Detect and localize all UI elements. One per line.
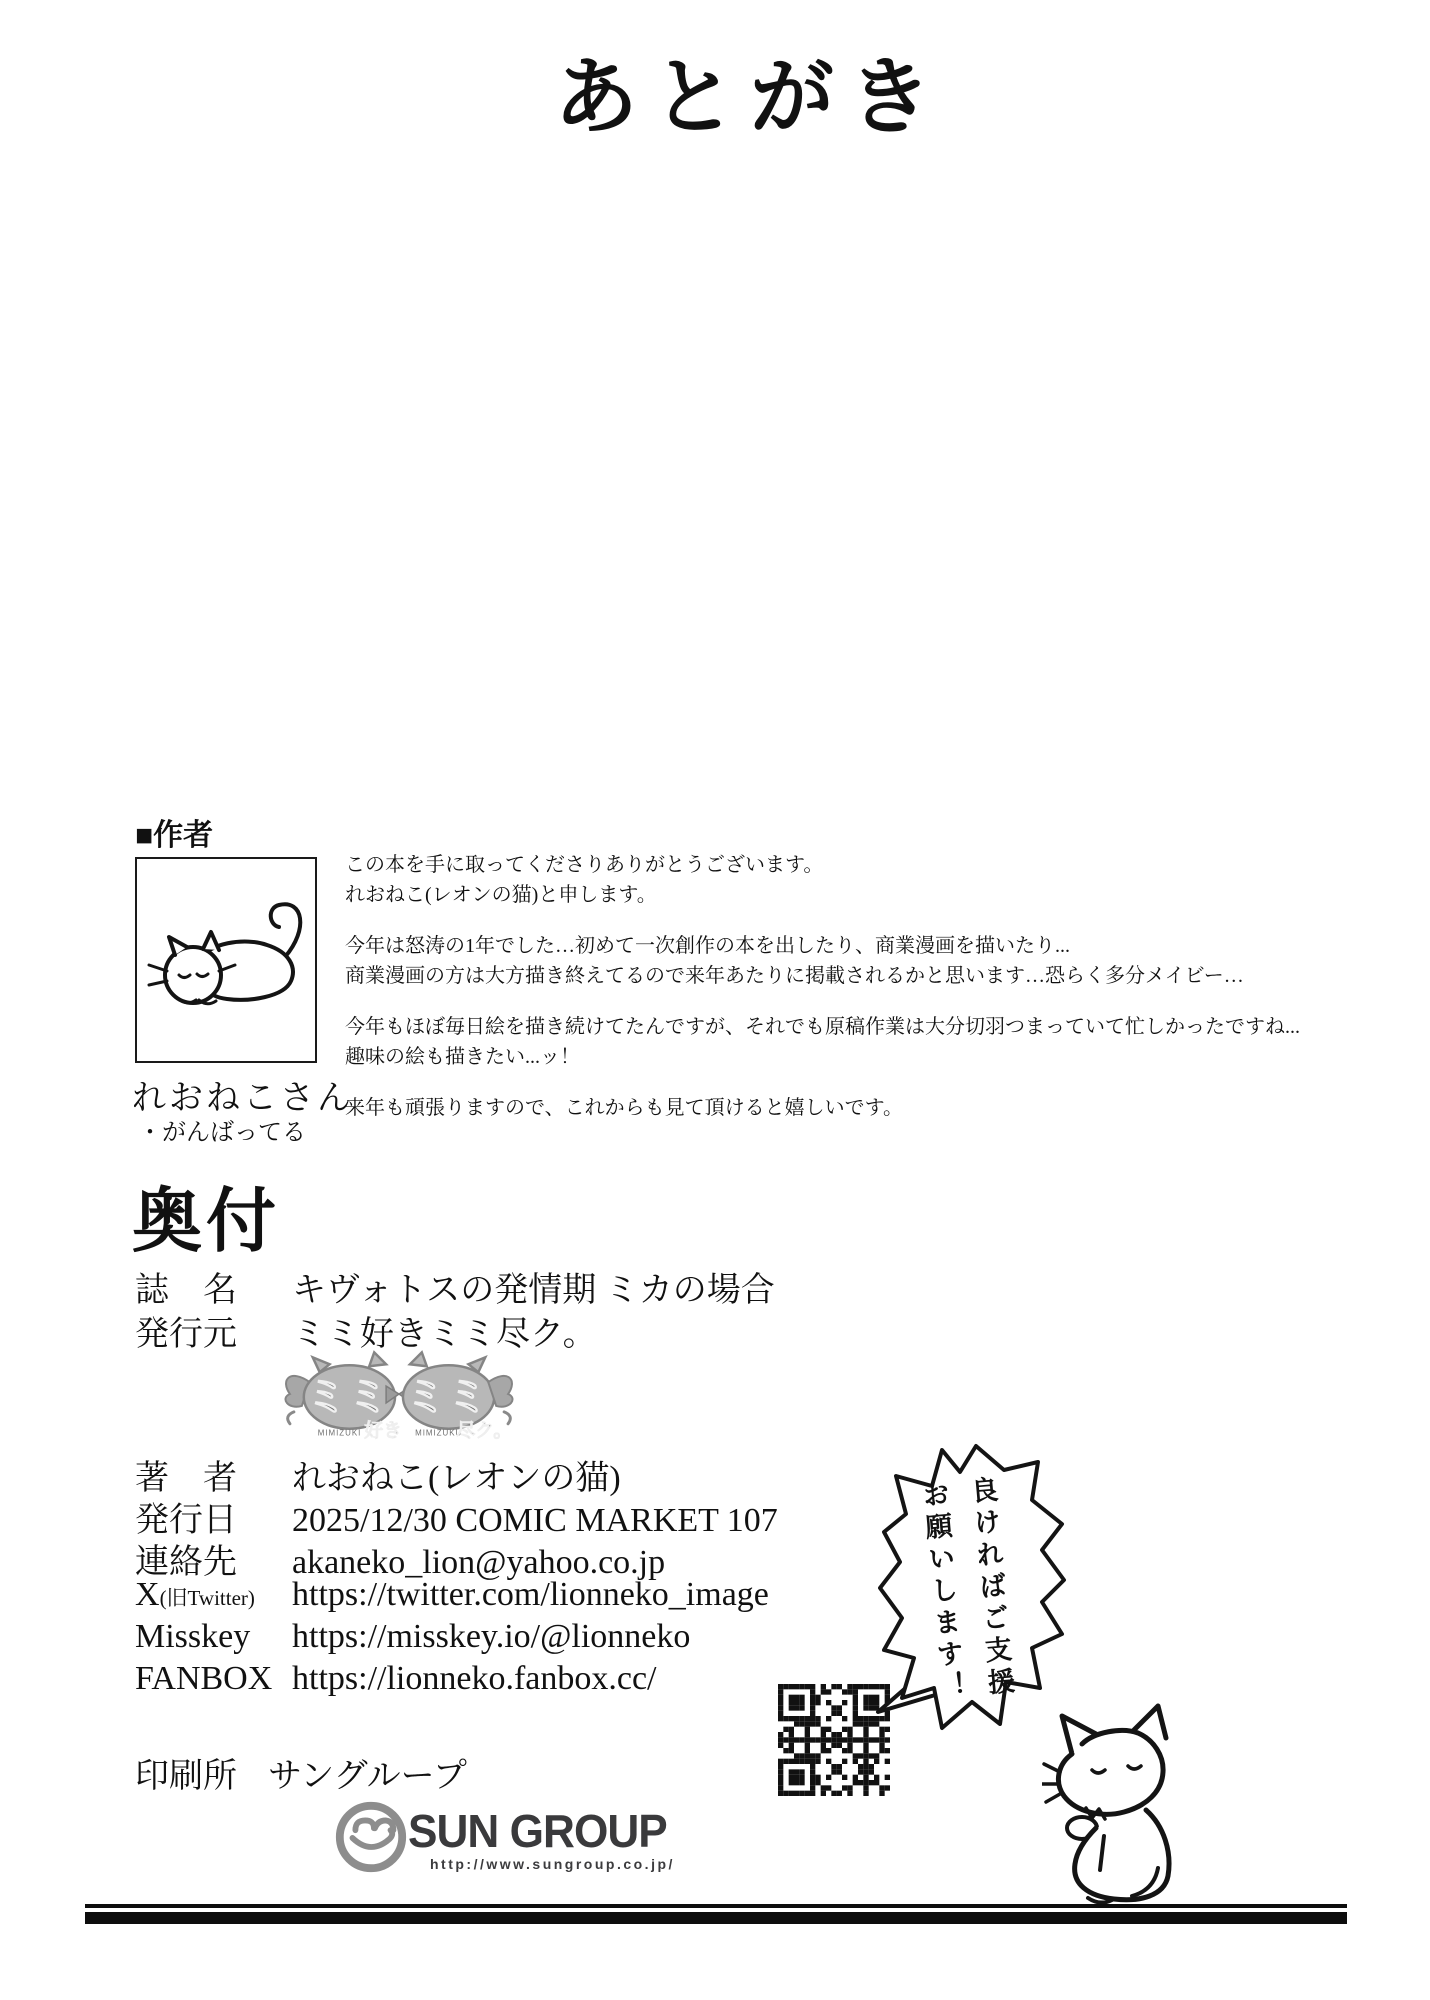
row-label: 印刷所: [135, 1748, 268, 1797]
colophon-row-fanbox: FANBOXhttps://lionneko.fanbox.cc/: [135, 1660, 657, 1698]
circle-logo-left-roman: MIMIZUKI: [318, 1429, 362, 1438]
comment-paragraph: 来年も頑張りますので、これからも見て頂けると嬉しいです。: [345, 1093, 1355, 1123]
comment-paragraph: 今年は怒涛の1年でした…初めて一次創作の本を出したり、商業漫画を描いたり... …: [345, 931, 1355, 991]
row-label: 発行元: [135, 1306, 292, 1355]
circle-logo: ミミ MIMIZUKI 好き ミミ MIMIZUKU 尽ク。: [280, 1350, 518, 1442]
row-value: サングループ: [268, 1758, 467, 1795]
circle-logo-right-roman: MIMIZUKU: [415, 1429, 462, 1438]
row-label: Misskey: [135, 1618, 292, 1656]
colophon-row-misskey: Misskeyhttps://misskey.io/@lionneko: [135, 1618, 690, 1656]
author-note: ・がんばってる: [138, 1112, 306, 1147]
sun-group-logo-mark: [332, 1798, 410, 1876]
circle-logo-left-main: ミミ: [306, 1375, 389, 1421]
row-value: https://misskey.io/@lionneko: [292, 1618, 690, 1655]
comment-paragraph: この本を手に取ってくださりありがとうございます。 れおねこ(レオンの猫)と申しま…: [345, 850, 1355, 910]
comment-paragraph: 今年もほぼ毎日絵を描き続けてたんですが、それでも原稿作業は大分切羽つまっていて忙…: [345, 1012, 1355, 1072]
row-label: 誌 名: [135, 1262, 292, 1311]
colophon-row-x-twitter: X(旧Twitter)https://twitter.com/lionneko_…: [135, 1576, 769, 1614]
circle-logo-right-sub: 尽ク。: [456, 1420, 512, 1442]
sun-group-logo-name: SUN GROUP: [408, 1804, 667, 1858]
bottom-rule-thick: [85, 1912, 1347, 1924]
lying-cat-illustration: [137, 859, 315, 1061]
afterword-page: あとがき ■作者 れおねこさん ・がんばってる: [0, 0, 1430, 2000]
sitting-cat-illustration: [1042, 1700, 1197, 1905]
colophon-row-title: 誌 名キヴォトスの発情期 ミカの場合: [135, 1262, 775, 1311]
row-value: https://twitter.com/lionneko_image: [292, 1576, 769, 1613]
colophon-row-publisher: 発行元ミミ好きミミ尽ク。: [135, 1306, 597, 1355]
circle-logo-left-sub: 好き: [363, 1419, 402, 1442]
author-portrait-box: [135, 857, 317, 1063]
row-label: X(旧Twitter): [135, 1576, 292, 1614]
row-value: https://lionneko.fanbox.cc/: [292, 1660, 657, 1697]
circle-logo-right-main: ミミ: [405, 1375, 488, 1421]
bottom-rule-thin: [85, 1904, 1347, 1908]
colophon-row-printer: 印刷所サングループ: [135, 1748, 467, 1797]
sun-group-logo-url: http://www.sungroup.co.jp/: [430, 1856, 675, 1872]
author-section-heading: ■作者: [135, 810, 213, 854]
row-label: FANBOX: [135, 1660, 292, 1698]
colophon-heading: 奥付: [132, 1165, 280, 1266]
row-value: ミミ好きミミ尽ク。: [292, 1316, 597, 1353]
row-value: キヴォトスの発情期 ミカの場合: [292, 1272, 775, 1309]
support-bubble-text: 良ければご支援 お願いします！: [908, 1474, 1025, 1717]
row-label-sub: (旧Twitter): [160, 1586, 255, 1610]
author-comment: この本を手に取ってくださりありがとうございます。 れおねこ(レオンの猫)と申しま…: [345, 850, 1355, 1123]
page-title: あとがき: [554, 30, 946, 151]
